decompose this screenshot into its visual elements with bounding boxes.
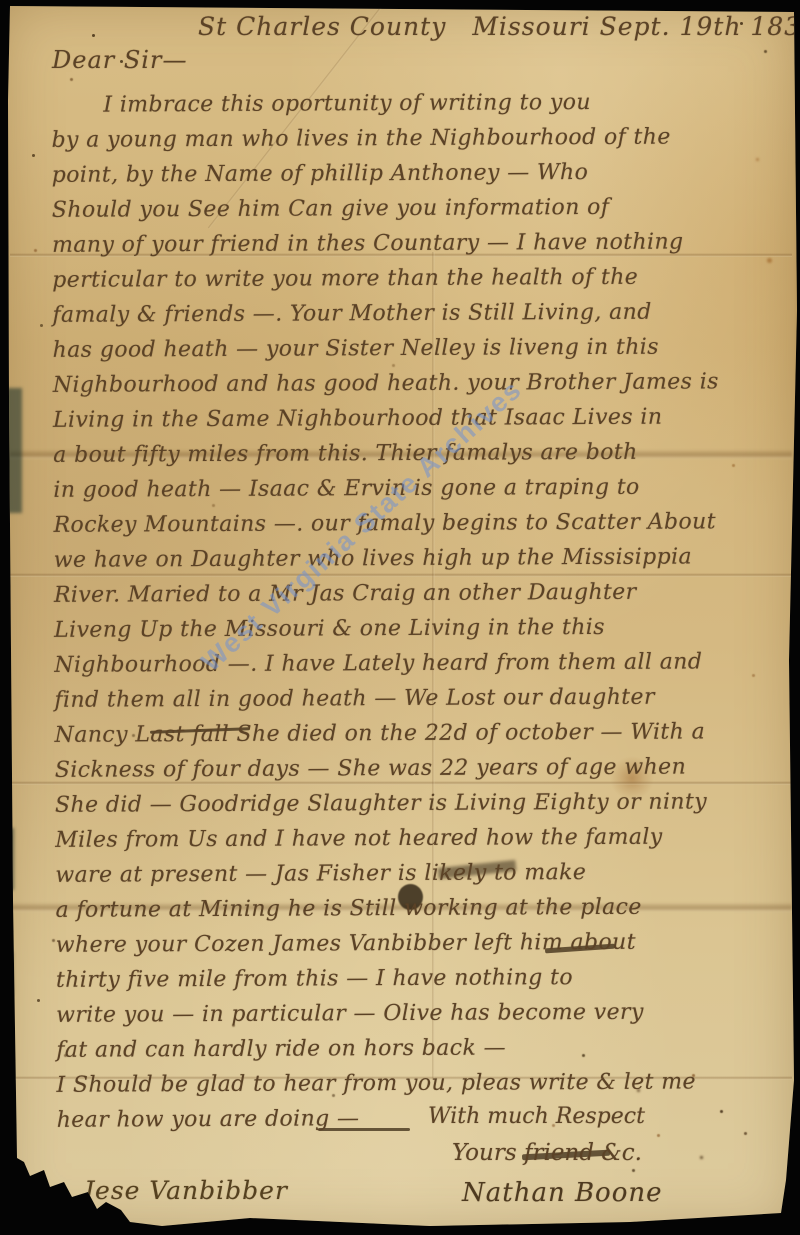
letter-line: Rockey Mountains —. our famaly begins to…	[53, 504, 753, 543]
edge-smudge	[3, 828, 14, 890]
letter-line: perticular to write you more than the he…	[52, 259, 752, 298]
letter-line: Nighbourhood —. I have Lately heard from…	[54, 644, 754, 683]
letter-body: I imbrace this oportunity of writing to …	[51, 84, 756, 1138]
dateline-place: St Charles County	[198, 12, 446, 41]
letter-line: we have on Daughter who lives high up th…	[54, 539, 754, 578]
dateline-date: Missouri Sept. 19th 1831	[472, 12, 800, 41]
closing-yours: Yours friend &c.	[452, 1140, 642, 1166]
signature-nathan-boone: Nathan Boone	[462, 1178, 663, 1208]
letter-line: write you — in particular — Olive has be…	[56, 994, 756, 1033]
letter-line: ware at present — Jas Fisher is likely t…	[55, 854, 755, 893]
letter-line: Miles from Us and I have not heared how …	[55, 819, 755, 858]
letter-line: She did — Goodridge Slaughter is Living …	[55, 784, 755, 823]
edge-smudge	[0, 952, 13, 994]
letter-line: many of your friend in thes Countary — I…	[52, 224, 752, 263]
letter-line: find them all in good heath — We Lost ou…	[54, 679, 754, 718]
letter-line: Nancy Last fall She died on the 22d of o…	[55, 714, 755, 753]
letter-line: by a young man who lives in the Nighbour…	[51, 119, 751, 158]
foxing-spots	[92, 34, 95, 37]
edge-smudge	[6, 388, 22, 513]
letter-line: a fortune at Mining he is Still working …	[55, 889, 755, 928]
closing-respect: With much Respect	[428, 1104, 645, 1129]
letter-line: has good heath — your Sister Nelley is l…	[53, 329, 753, 368]
letter-line: Should you See him Can give you informat…	[52, 189, 752, 228]
letter-line: point, by the Name of phillip Anthoney —…	[52, 154, 752, 193]
letter-line: Liveng Up the Missouri & one Living in t…	[54, 609, 754, 648]
letter-line: famaly & friends —. Your Mother is Still…	[52, 294, 752, 333]
letter-line: thirty five mile from this — I have noth…	[56, 959, 756, 998]
letter-line: Nighbourhood and has good heath. your Br…	[53, 364, 753, 403]
dateline: St Charles County Missouri Sept. 19th 18…	[198, 12, 758, 41]
letter-line: hear how you are doing —	[57, 1099, 757, 1138]
letter-line: I Should be glad to hear from you, pleas…	[56, 1064, 756, 1103]
letter-line: Living in the Same Nighbourhood that Isa…	[53, 399, 753, 438]
letter-line: where your Cozen James Vanbibber left hi…	[56, 924, 756, 963]
letter-line: Sickness of four days — She was 22 years…	[55, 749, 755, 788]
addressee-name: Jese Vanbibber	[84, 1176, 288, 1205]
letter-line: River. Maried to a Mr Jas Craig an other…	[54, 574, 754, 613]
letter-line: fat and can hardly ride on hors back —	[56, 1029, 756, 1068]
letter-line: I imbrace this oportunity of writing to …	[51, 84, 751, 123]
scan-background: St Charles County Missouri Sept. 19th 18…	[0, 0, 800, 1235]
salutation: Dear Sir—	[52, 46, 187, 74]
letter-page: St Charles County Missouri Sept. 19th 18…	[0, 0, 800, 1235]
